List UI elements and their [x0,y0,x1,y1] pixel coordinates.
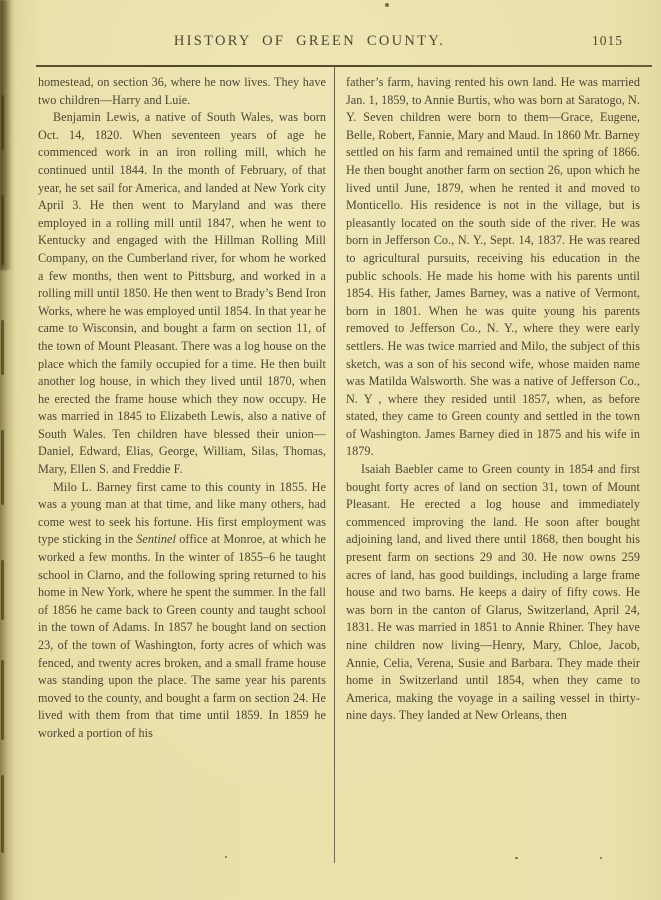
paragraph-milo-barney: Milo L. Barney first came to this county… [38,479,326,743]
paragraph-text: office at Monroe, at which he worked a f… [38,532,326,740]
scan-artifact [1,775,4,853]
right-column: father’s farm, having rented his own lan… [346,74,640,725]
scan-artifact [1,660,4,740]
ink-speck [225,856,227,858]
scan-artifact [1,430,4,505]
newspaper-name: Sentinel [136,532,176,546]
running-head: HISTORY OF GREEN COUNTY. 1015 [38,33,641,53]
ink-speck [515,857,518,859]
paragraph-continuation: father’s farm, having rented his own lan… [346,74,640,461]
left-column: homestead, on section 36, where he now l… [38,74,326,743]
scan-artifact [1,195,4,265]
ink-speck [600,857,602,859]
paragraph-benjamin-lewis: Benjamin Lewis, a native of South Wales,… [38,109,326,478]
book-page: HISTORY OF GREEN COUNTY. 1015 homestead,… [0,0,661,900]
paragraph-continuation: homestead, on section 36, where he now l… [38,74,326,109]
header-rule [36,65,652,67]
scan-artifact [1,95,4,150]
running-head-title: HISTORY OF GREEN COUNTY. [38,33,581,50]
paragraph-isaiah-baebler: Isaiah Baebler came to Green county in 1… [346,461,640,725]
ink-speck [385,3,389,7]
page-number: 1015 [592,33,623,49]
scan-artifact [1,320,4,375]
column-divider [334,67,335,863]
scan-artifact [1,560,4,620]
